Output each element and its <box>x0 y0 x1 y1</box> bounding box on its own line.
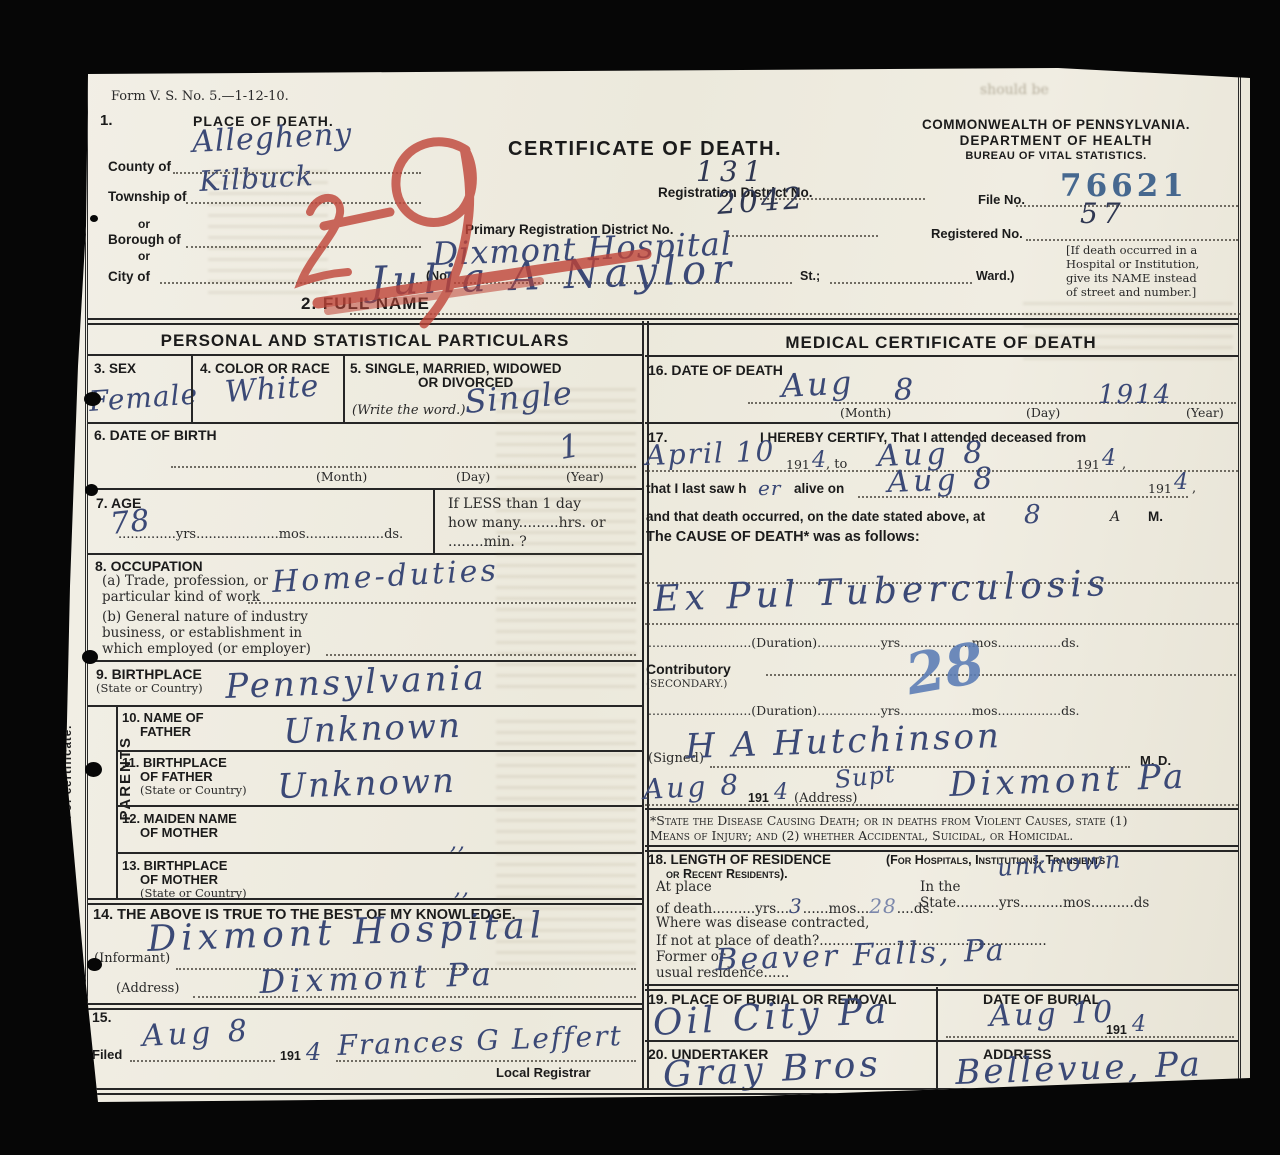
informant-address-value: Dixmont Pa <box>259 958 496 998</box>
registered-no-label: Registered No. <box>931 227 1023 241</box>
comma-3: , <box>1192 482 1196 497</box>
punch-hole-5 <box>87 958 102 971</box>
year3-printed: 191 <box>1148 482 1172 496</box>
dod-label: 16. DATE OF DEATH <box>648 363 783 378</box>
last-saw-hand: er <box>758 478 781 498</box>
borough-label: Borough of <box>108 233 181 248</box>
mother-name-label-2: OF MOTHER <box>140 826 218 840</box>
local-registrar-label: Local Registrar <box>496 1066 591 1080</box>
hospital-note-3: give its NAME instead <box>1066 272 1197 285</box>
cause-value: Ex Pul Tuberculosis <box>653 566 1111 618</box>
burial-divider <box>936 987 938 1090</box>
am-label: A <box>1110 509 1120 525</box>
footnote-1: *State the Disease Causing Death; or in … <box>650 814 1128 828</box>
ward-line <box>830 282 972 284</box>
year3-written: 4 <box>1174 472 1189 494</box>
sign-year-written: 4 <box>774 782 789 804</box>
primary-registration-label: Primary Registration District No. <box>465 223 674 238</box>
marital-hint: (Write the word.) <box>352 404 465 419</box>
physician-signature: H A Hutchinson <box>685 719 1003 764</box>
primary-registration-line <box>728 235 878 237</box>
residence-label: 18. LENGTH OF RESIDENCE <box>648 853 831 868</box>
dod-year-label: (Year) <box>1186 406 1224 420</box>
full-name-value: Julia A Naylor <box>370 249 738 302</box>
occupation-value: Home-duties <box>271 556 499 598</box>
cause-of-death-label: The CAUSE OF DEATH* was as follows: <box>646 530 920 546</box>
bureau-line: BUREAU OF VITAL STATISTICS. <box>888 150 1224 162</box>
dod-month-label: (Month) <box>840 406 891 420</box>
occupation-b3: which employed (or employer) <box>102 642 311 658</box>
township-label: Township of <box>108 190 186 205</box>
mother-bp-ditto: ,, <box>454 878 470 900</box>
scan-edge-text: ··· ···· ·· ···· <box>64 106 80 306</box>
m-label: M. <box>1148 510 1163 525</box>
comma-to: , to <box>826 458 847 473</box>
mother-name-ditto: ,, <box>450 832 466 854</box>
registered-no-value: 57 <box>1080 200 1126 228</box>
year2-printed: 191 <box>1076 458 1100 472</box>
red-dash <box>324 212 390 226</box>
punch-hole-3 <box>82 650 98 664</box>
dob-month-label: (Month) <box>316 470 367 484</box>
sign-row-rule <box>645 808 1238 810</box>
dob-day-label: (Day) <box>456 470 490 484</box>
dod-row-rule <box>645 422 1238 424</box>
registration-district-value: 131 <box>696 158 767 186</box>
form-number: Form V. S. No. 5.—1-12-10. <box>111 90 289 105</box>
burial-date-line <box>946 1036 1234 1038</box>
parents-vertical-label: PARENTS <box>118 736 135 821</box>
race-value: White <box>224 371 320 408</box>
sex-label: 3. SEX <box>94 362 136 377</box>
filed-year-printed: 191 <box>280 1050 301 1064</box>
birthplace-row-rule <box>88 705 642 707</box>
certificate-form: Form V. S. No. 5.—1-12-10. 1. PLACE OF D… <box>85 70 1241 1096</box>
punch-hole-6 <box>90 215 98 222</box>
father-bp-sublabel: (State or Country) <box>140 784 247 797</box>
last-saw-label-2: alive on <box>794 482 844 497</box>
sign-address-value: Dixmont Pa <box>949 760 1188 802</box>
county-label: County of <box>108 160 171 175</box>
or-label-2: or <box>138 250 150 263</box>
residence-unknown-value: unknown <box>996 847 1123 880</box>
county-value: Allegheny <box>191 120 353 158</box>
hospital-note-1: [If death occurred in a <box>1066 244 1197 257</box>
contributory-line <box>766 674 1236 676</box>
sign-date-value: Aug 8 <box>643 771 742 804</box>
state-line: State..........yrs..........mos.........… <box>920 896 1149 912</box>
last-saw-label-1: that I last saw h <box>646 482 747 497</box>
edge-blob <box>62 204 82 220</box>
registered-no-line <box>1026 239 1238 241</box>
hospital-note-4: of street and number.] <box>1066 286 1196 299</box>
file-no-line <box>1016 205 1238 207</box>
bleedthrough-fragment: should be <box>980 82 1049 98</box>
age-units: ..............yrs....................mos… <box>118 528 403 543</box>
st-label: St.; <box>800 270 820 284</box>
in-the-label: In the <box>920 880 960 896</box>
burial-row-rule <box>645 1040 1238 1042</box>
city-label: City of <box>108 270 150 285</box>
dod-month-value: Aug <box>780 366 855 402</box>
filed-year-written: 4 <box>306 1040 322 1064</box>
duration-line-2: ..........................(Duration)....… <box>648 704 1079 718</box>
occupation-a1: (a) Trade, profession, or <box>102 574 268 590</box>
punch-hole-1 <box>84 392 101 406</box>
at-place-label: At place <box>656 880 712 896</box>
birthplace-value: Pennsylvania <box>225 661 487 704</box>
commonwealth-line: COMMONWEALTH OF PENNSYLVANIA. <box>888 118 1224 133</box>
undertaker-address-value: Bellevue, Pa <box>955 1047 1203 1090</box>
dob-label: 6. DATE OF BIRTH <box>94 428 217 443</box>
occupation-a2: particular kind of work <box>102 590 260 606</box>
section-1-number: 1. <box>100 113 113 130</box>
sex-race-divider <box>191 354 193 422</box>
age-cell-divider <box>433 488 435 553</box>
section-15: 15. <box>92 1010 111 1025</box>
residence-bottom-rule <box>645 984 1238 991</box>
dod-day-value: 8 <box>894 376 914 406</box>
former-residence-value: Beaver Falls, Pa <box>715 936 1007 976</box>
race-marital-divider <box>343 354 345 422</box>
informant-bottom-rule <box>88 1003 642 1010</box>
duration-line-1: ..........................(Duration)....… <box>648 636 1079 650</box>
bleedthrough-strip-4 <box>208 170 328 300</box>
department-line: DEPARTMENT OF HEALTH <box>888 134 1224 149</box>
informant-address-label: (Address) <box>116 982 179 997</box>
ward-label: Ward.) <box>976 270 1014 284</box>
punch-hole-4 <box>85 762 102 777</box>
hour-value: 8 <box>1024 502 1042 528</box>
occupation-b2: business, or establishment in <box>102 626 302 642</box>
bleedthrough-strip-1 <box>496 388 636 688</box>
personal-title-rule <box>88 354 642 356</box>
bottom-rule <box>88 1088 1238 1095</box>
sex-value: Female <box>88 380 199 416</box>
birthplace-sublabel: (State or Country) <box>96 682 203 695</box>
father-name-label-2: FATHER <box>140 725 191 739</box>
father-name-value: Unknown <box>283 709 463 749</box>
attended-from-value: April 10 <box>645 437 776 470</box>
occupation-b1: (b) General nature of industry <box>102 610 308 626</box>
cause-line-2 <box>645 623 1238 625</box>
filed-label: Filed <box>92 1048 122 1062</box>
last-seen-value: Aug 8 <box>887 464 997 498</box>
occurred-label: and that death occurred, on the date sta… <box>646 510 985 525</box>
filed-date-value: Aug 8 <box>141 1016 251 1052</box>
certificate-paper: Important. See instructions on back of c… <box>58 66 1250 1110</box>
year2-written: 4 <box>1102 448 1117 470</box>
supt-note: Supt <box>833 762 896 792</box>
contracted-label: Where was disease contracted, <box>656 916 869 932</box>
margin-instructions: Important. See instructions on back of c… <box>62 626 84 1046</box>
filed-date-line <box>130 1060 275 1062</box>
father-bp-value: Unknown <box>277 764 457 804</box>
footnote-2: Means of Injury; and (2) whether Acciden… <box>650 829 1073 843</box>
dod-day-label: (Day) <box>1026 406 1060 420</box>
hospital-note-2: Hospital or Institution, <box>1066 258 1199 271</box>
parents-strip-divider <box>116 705 118 898</box>
primary-registration-value: 2042 <box>716 184 806 220</box>
burial-year-written: 4 <box>1132 1014 1147 1036</box>
burial-year-printed: 191 <box>1106 1024 1127 1038</box>
contributory-label: Contributory <box>646 662 731 677</box>
personal-title: PERSONAL AND STATISTICAL PARTICULARS <box>88 332 642 351</box>
contributory-value: 28 <box>901 630 989 709</box>
od-mos-value: 28 <box>869 894 896 918</box>
bleedthrough-strip-3 <box>1023 302 1233 360</box>
footnote-rule <box>645 845 1238 852</box>
burial-date-value: Aug 10 <box>989 998 1116 1032</box>
comma-2: , <box>1122 458 1126 473</box>
sign-row-line <box>645 804 1238 806</box>
year1-written: 4 <box>812 450 827 472</box>
secondary-label: (SECONDARY.) <box>646 678 727 690</box>
or-label-1: or <box>138 218 150 231</box>
bleedthrough-strip-2 <box>496 720 636 970</box>
registrar-signature: Frances G Leffert <box>337 1022 623 1060</box>
year1-printed: 191 <box>786 458 810 472</box>
dod-year-value: 1914 <box>1098 382 1172 408</box>
burial-place-value: Oil City Pa <box>652 994 891 1042</box>
undertaker-value: Gray Bros <box>662 1047 883 1094</box>
punch-hole-2 <box>85 484 98 496</box>
